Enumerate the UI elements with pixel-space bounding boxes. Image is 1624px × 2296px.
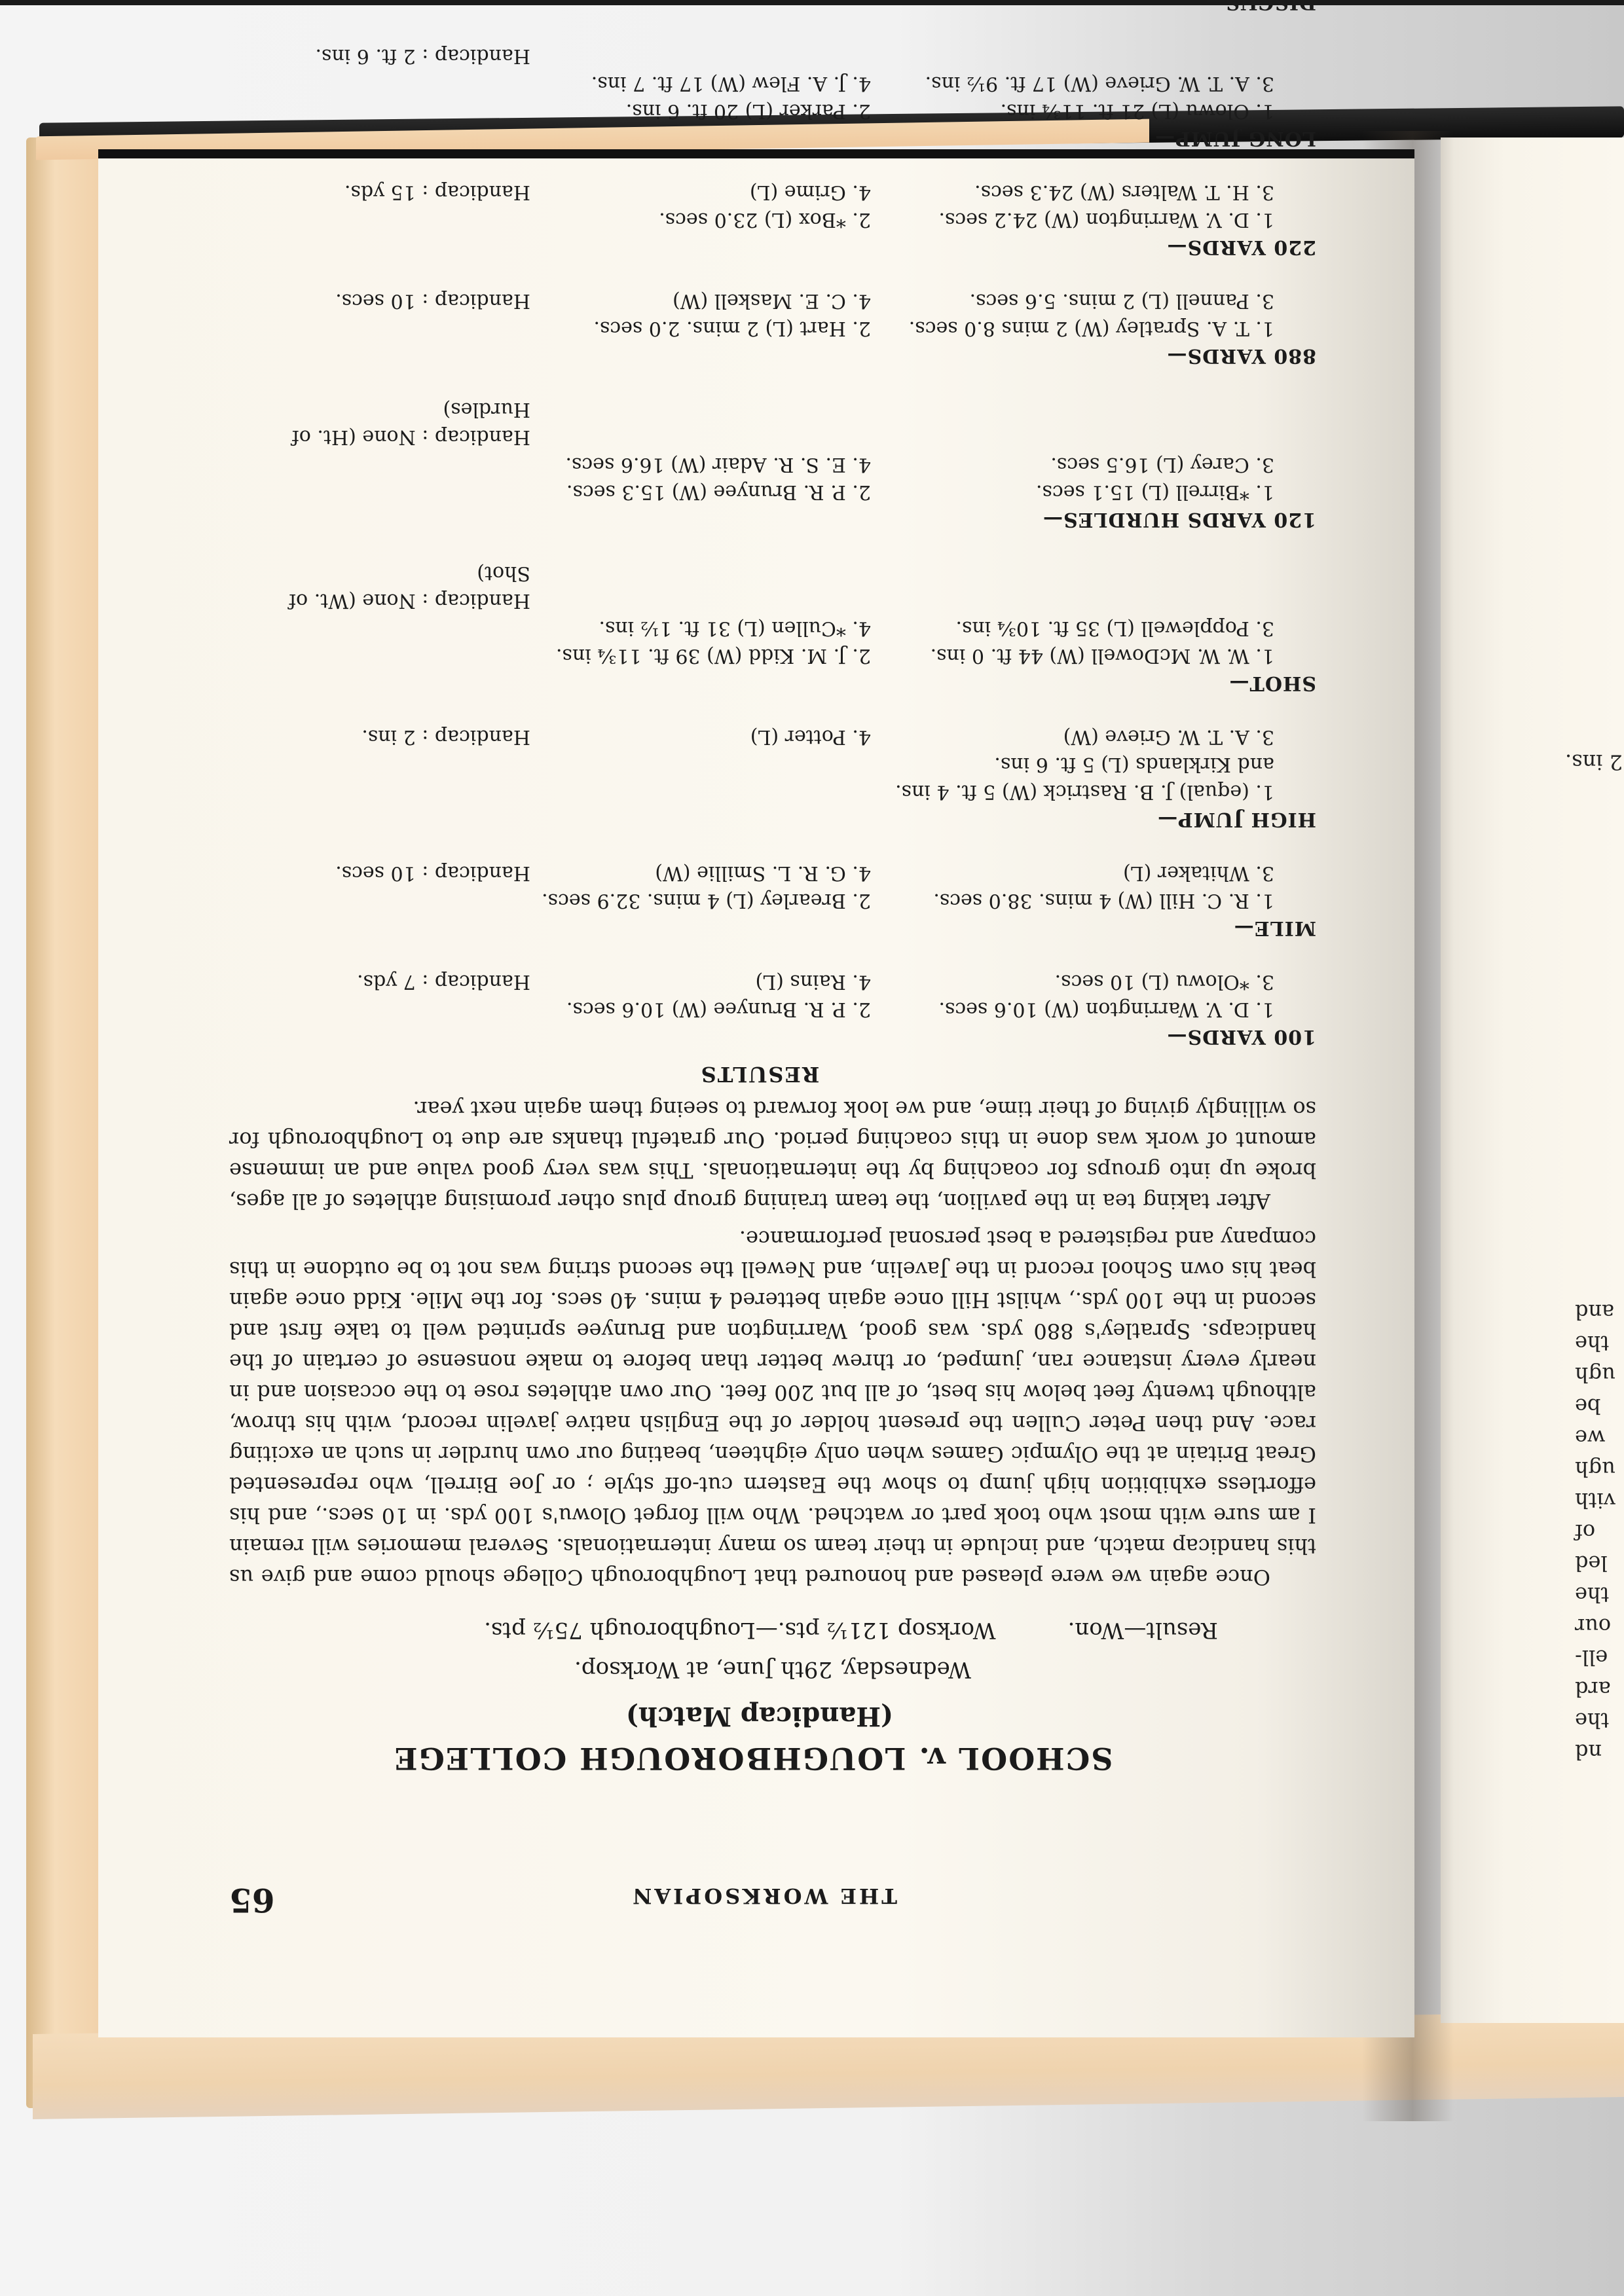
facing-page-word-fragment: ard (1575, 1673, 1624, 1705)
placing-cell: 4. J. A. Flew (W) 17 ft. 7 ins. (530, 69, 871, 97)
result-row: 1. T. A. Spratley (W) 2 mins 8.0 secs.2.… (229, 314, 1316, 342)
facing-page-word-fragment: our (1575, 1611, 1624, 1642)
facing-page-word-fragment: ugh (1575, 1453, 1624, 1485)
placing-cell: 3. A. T. W. Grieve (W) (871, 723, 1290, 750)
placing-cell (871, 42, 1290, 69)
placing-cell: 3. Carey (L) 16.5 secs. (871, 450, 1290, 478)
placing-cell: 3. Whitaker (L) (871, 859, 1290, 886)
result-row: Handicap : None (Wt. of Shot) (229, 559, 1316, 614)
results-list: 100 YARDS—1. D. V. Warrington (W) 10.6 s… (229, 0, 1316, 1050)
result-row: Handicap : 2 ft. 6 ins. (229, 42, 1316, 69)
placing-cell: 1. Olowu (L) 21 ft. 11¾ ins. (871, 97, 1290, 124)
result-row: 3. Pannell (L) 2 mins. 5.6 secs.4. C. E.… (229, 287, 1316, 314)
placing-cell (530, 42, 871, 69)
result-row: 1. W. W. McDowell (W) 44 ft. 0 ins.2. J.… (229, 642, 1316, 669)
placing-cell: 1. (equal) J. B. Rastrick (W) 5 ft. 4 in… (871, 750, 1290, 805)
result-event: 100 YARDS—1. D. V. Warrington (W) 10.6 s… (229, 968, 1316, 1050)
placing-cell: 4. Potter (L) (530, 723, 871, 750)
result-event: HIGH JUMP—1. (equal) J. B. Rastrick (W) … (229, 723, 1316, 833)
placing-cell (530, 750, 871, 805)
facing-page-word-fragment: the (1575, 1705, 1624, 1736)
article-paragraph: After taking tea in the pavilion, the te… (229, 1093, 1316, 1216)
placing-cell (530, 559, 871, 614)
result-row: 3. H. T. Walters (W) 24.3 secs.4. Grime … (229, 178, 1316, 206)
placing-cell (871, 395, 1290, 450)
result-row: 3. A. T. W. Grieve (W) 17 ft. 9½ ins.4. … (229, 69, 1316, 97)
event-name: 100 YARDS— (229, 1023, 1316, 1050)
facing-page-word-ends: ndtheardell-ourtheledofvithughwebeughthe… (1575, 1296, 1624, 1768)
handicap-cell: Handicap : 10 secs. (229, 859, 530, 886)
result-event: 880 YARDS—1. T. A. Spratley (W) 2 mins 8… (229, 287, 1316, 369)
placing-cell: 3. H. T. Walters (W) 24.3 secs. (871, 178, 1290, 206)
handicap-cell (229, 614, 530, 642)
handicap-cell: Handicap : 2 ft. 6 ins. (229, 42, 530, 69)
publication-title: THE WORKSOPIAN (630, 1884, 897, 1908)
facing-page-word-fragment: ell- (1575, 1642, 1624, 1673)
results-heading: RESULTS (229, 1062, 1290, 1087)
facing-page-word-fragment: vith (1575, 1485, 1624, 1516)
result-row: 1. D. V. Warrington (W) 24.2 secs.2. *Bo… (229, 206, 1316, 233)
placing-cell: 4. C. E. Maskell (W) (530, 287, 871, 314)
handicap-cell (229, 97, 530, 124)
placing-cell: 4. Grime (L) (530, 178, 871, 206)
facing-page-word-fragment: led (1575, 1548, 1624, 1579)
result-event: 120 YARDS HURDLES—1. *Birrell (L) 15.1 s… (229, 395, 1316, 533)
facing-page-fragment: 2 ins. (1565, 746, 1623, 778)
placing-cell: 4. Rains (L) (530, 968, 871, 995)
article-title: SCHOOL v. LOUGHBOROUGH COLLEGE (229, 1741, 1277, 1776)
facing-page-word-fragment: of (1575, 1516, 1624, 1548)
placing-cell: 3. Popplewell (L) 35 ft. 10¾ ins. (871, 614, 1290, 642)
handicap-cell: Handicap : 7 yds. (229, 968, 530, 995)
result-event: MILE—1. R. C. Hill (W) 4 mins. 38.0 secs… (229, 859, 1316, 941)
facing-page-word-fragment: the (1575, 1579, 1624, 1611)
placing-cell: 1. *Birrell (L) 15.1 secs. (871, 478, 1290, 505)
placing-cell (530, 395, 871, 450)
placing-cell: 4. E. S. R. Adair (W) 16.6 secs. (530, 450, 871, 478)
handicap-cell (229, 886, 530, 914)
placing-cell: 2. Brearley (L) 4 mins. 32.9 secs. (530, 886, 871, 914)
facing-page-word-fragment: we (1575, 1422, 1624, 1453)
handicap-cell: Handicap : 10 secs. (229, 287, 530, 314)
result-event: SHOT—1. W. W. McDowell (W) 44 ft. 0 ins.… (229, 559, 1316, 697)
handicap-cell (229, 478, 530, 505)
page-number: 65 (229, 1881, 275, 1920)
event-name: 220 YARDS— (229, 233, 1316, 261)
placing-cell: 1. R. C. Hill (W) 4 mins. 38.0 secs. (871, 886, 1290, 914)
placing-cell: 3. *Olowu (L) 10 secs. (871, 968, 1290, 995)
event-name: LONG JUMP— (229, 124, 1316, 152)
placing-cell: 4. *Cullen (L) 31 ft. 1½ ins. (530, 614, 871, 642)
page-block-edge-left (26, 137, 98, 2108)
page-content-rotated: THE WORKSOPIAN 65 SCHOOL v. LOUGHBOROUGH… (98, 158, 1414, 2037)
result-score: Worksop 121½ pts.—Loughborough 75½ pts. (484, 1617, 995, 1643)
result-label: Result—Won. (1068, 1617, 1218, 1643)
event-name: 120 YARDS HURDLES— (229, 505, 1316, 533)
result-row: 1. (equal) J. B. Rastrick (W) 5 ft. 4 in… (229, 750, 1316, 805)
placing-cell: 2. P. R. Brunyee (W) 15.3 secs. (530, 478, 871, 505)
handicap-cell (229, 750, 530, 805)
placing-cell (871, 559, 1290, 614)
match-result: Result—Won.Worksop 121½ pts.—Loughboroug… (229, 1617, 1218, 1643)
result-row: 1. *Birrell (L) 15.1 secs.2. P. R. Bruny… (229, 478, 1316, 505)
result-row: 3. *Olowu (L) 10 secs.4. Rains (L)Handic… (229, 968, 1316, 995)
placing-cell: 2. J. M. Kidd (W) 39 ft. 11¾ ins. (530, 642, 871, 669)
event-name: MILE— (229, 914, 1316, 941)
handicap-cell: Handicap : None (Ht. of Hurdles) (229, 395, 530, 450)
handicap-cell (229, 450, 530, 478)
document-page: THE WORKSOPIAN 65 SCHOOL v. LOUGHBOROUGH… (98, 149, 1414, 2037)
result-event: 220 YARDS—1. D. V. Warrington (W) 24.2 s… (229, 178, 1316, 261)
article-paragraph: Once again we were pleased and honoured … (229, 1223, 1316, 1592)
facing-page-word-fragment: the (1575, 1328, 1624, 1359)
handicap-cell (229, 206, 530, 233)
placing-cell: 1. T. A. Spratley (W) 2 mins 8.0 secs. (871, 314, 1290, 342)
placing-cell: 4. G. R. L. Smillie (W) (530, 859, 871, 886)
result-row: 1. R. C. Hill (W) 4 mins. 38.0 secs.2. B… (229, 886, 1316, 914)
facing-page-word-fragment: be (1575, 1391, 1624, 1422)
result-row: Handicap : None (Ht. of Hurdles) (229, 395, 1316, 450)
placing-cell: 3. Pannell (L) 2 mins. 5.6 secs. (871, 287, 1290, 314)
handicap-cell (229, 69, 530, 97)
placing-cell: 2. Hart (L) 2 mins. 2.0 secs. (530, 314, 871, 342)
handicap-cell (229, 995, 530, 1023)
result-event: LONG JUMP—1. Olowu (L) 21 ft. 11¾ ins.2.… (229, 42, 1316, 152)
facing-page-word-fragment: ugh (1575, 1359, 1624, 1391)
placing-cell: 2. *Box (L) 23.0 secs. (530, 206, 871, 233)
result-row: 3. Carey (L) 16.5 secs.4. E. S. R. Adair… (229, 450, 1316, 478)
result-row: 3. Whitaker (L)4. G. R. L. Smillie (W)Ha… (229, 859, 1316, 886)
placing-cell: 1. D. V. Warrington (W) 10.6 secs. (871, 995, 1290, 1023)
result-row: 3. Popplewell (L) 35 ft. 10¾ ins.4. *Cul… (229, 614, 1316, 642)
handicap-cell: Handicap : None (Wt. of Shot) (229, 559, 530, 614)
result-row: 1. Olowu (L) 21 ft. 11¾ ins.2. Parker (L… (229, 97, 1316, 124)
handicap-cell: Handicap : 2 ins. (229, 723, 530, 750)
placing-cell: 2. P. R. Brunyee (W) 10.6 secs. (530, 995, 871, 1023)
facing-page-word-fragment: nd (1575, 1736, 1624, 1768)
placing-cell: 3. A. T. W. Grieve (W) 17 ft. 9½ ins. (871, 69, 1290, 97)
event-name: SHOT— (229, 669, 1316, 697)
handicap-cell (229, 314, 530, 342)
event-name: 880 YARDS— (229, 342, 1316, 369)
dateline: Wednesday, 29th June, at Worksop. (229, 1656, 1316, 1683)
facing-page-word-fragment: and (1575, 1296, 1624, 1328)
handicap-cell (229, 642, 530, 669)
result-row: 3. A. T. W. Grieve (W)4. Potter (L)Handi… (229, 723, 1316, 750)
placing-cell: 1. D. V. Warrington (W) 24.2 secs. (871, 206, 1290, 233)
running-head: THE WORKSOPIAN 65 (229, 1881, 1316, 1920)
result-row: 1. D. V. Warrington (W) 10.6 secs.2. P. … (229, 995, 1316, 1023)
event-name: HIGH JUMP— (229, 805, 1316, 833)
result-event: DISCUS—1. W. W. McDowell (W) 140 ft. 10¾… (229, 0, 1316, 16)
placing-cell: 2. Parker (L) 20 ft. 6 ins. (530, 97, 871, 124)
event-name: DISCUS— (229, 0, 1316, 16)
article-subtitle: (Handicap Match) (229, 1701, 1290, 1732)
placing-cell: 1. W. W. McDowell (W) 44 ft. 0 ins. (871, 642, 1290, 669)
handicap-cell: Handicap : 15 yds. (229, 178, 530, 206)
